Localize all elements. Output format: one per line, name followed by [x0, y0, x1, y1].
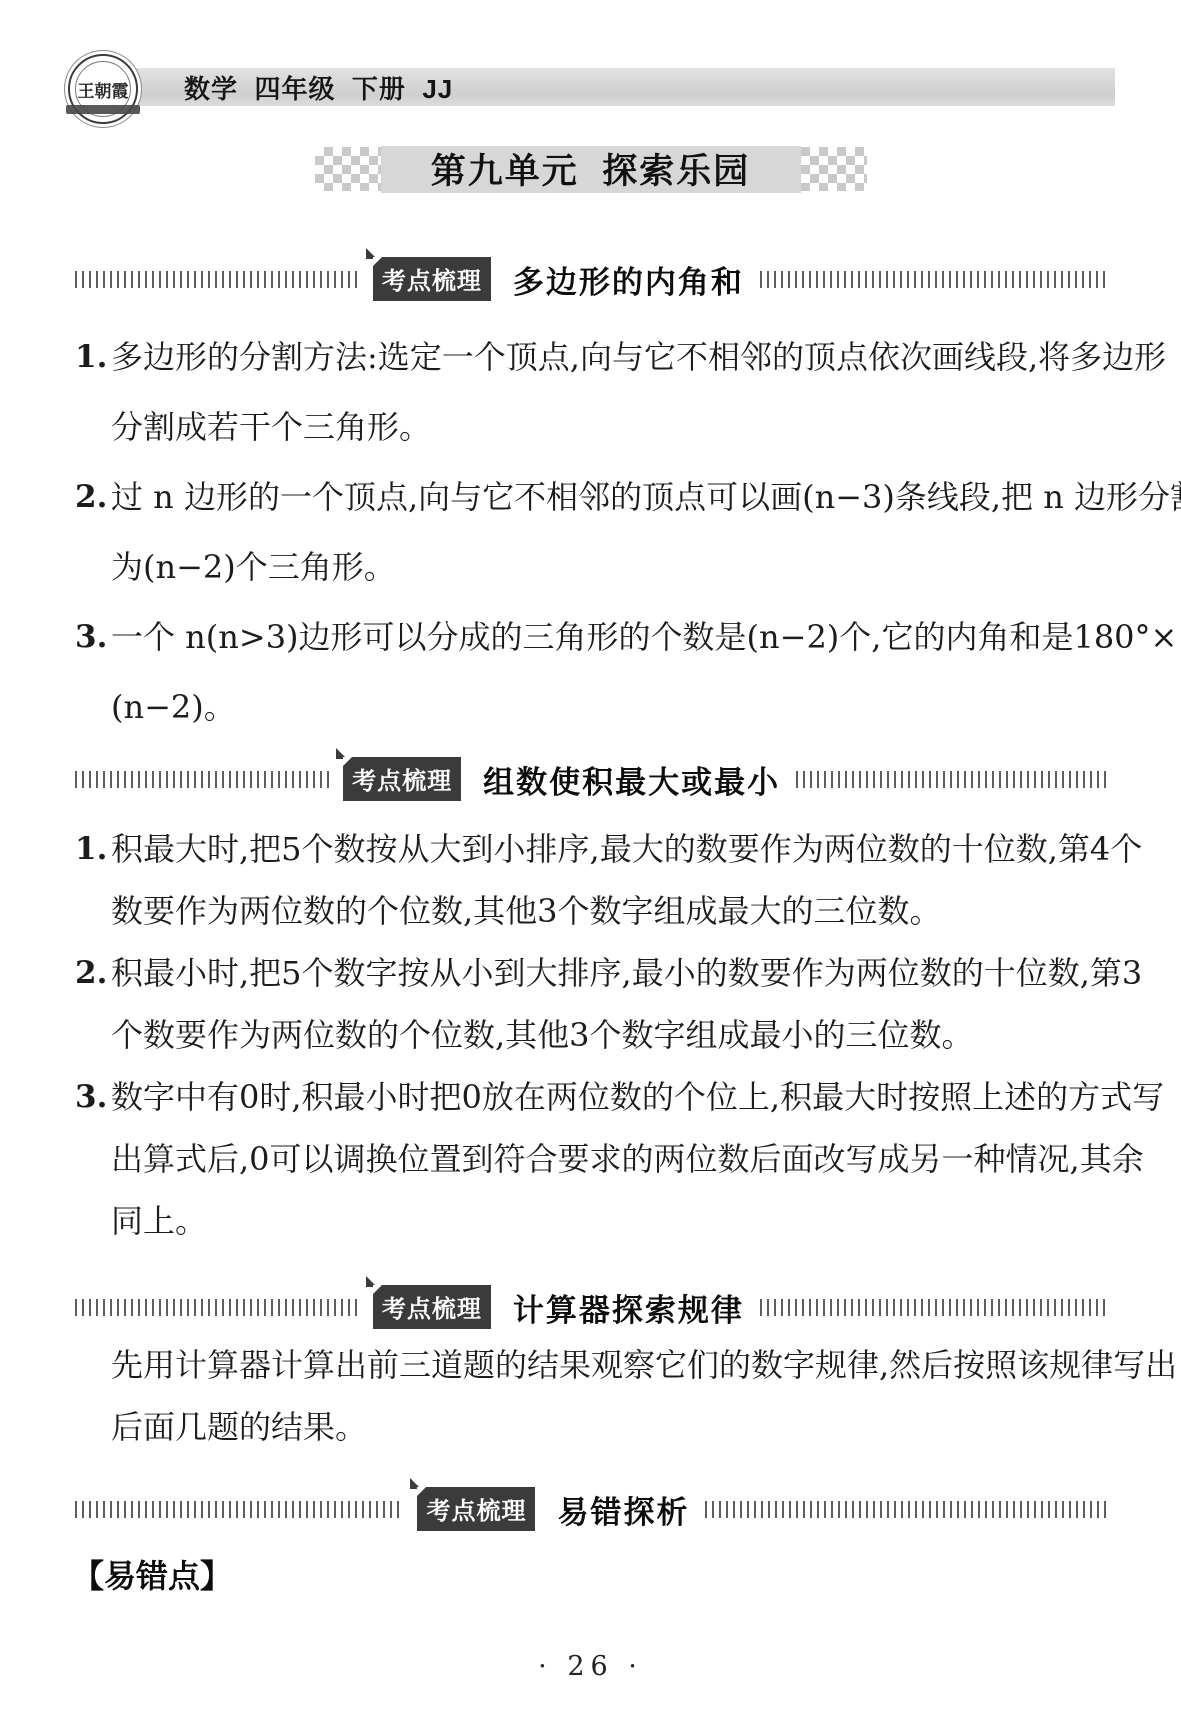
page-header: 数学 四年级 下册 JJ 王朝霞 — [68, 54, 1115, 128]
text-line: 个数要作为两位数的个位数,其他3个数字组成最小的三位数。 — [111, 1004, 1111, 1066]
section-header-3: 考点梳理 计算器探索规律 — [75, 1286, 1106, 1328]
text-line: 后面几题的结果。 — [111, 1396, 1111, 1458]
item-number: 3. — [75, 1066, 111, 1128]
kaodian-badge: 考点梳理 — [343, 757, 461, 801]
logo-text: 王朝霞 — [78, 77, 129, 102]
checker-pattern-left — [315, 147, 381, 191]
item-number: 1. — [75, 322, 111, 392]
text-line: 积最大时,把5个数按从大到小排序,最大的数要作为两位数的十位数,第4个 — [111, 818, 1111, 880]
section-3-body: 先用计算器计算出前三道题的结果观察它们的数字规律,然后按照该规律写出 后面几题的… — [111, 1334, 1111, 1458]
hatch-line-right — [796, 771, 1106, 788]
text-line: 数要作为两位数的个位数,其他3个数字组成最大的三位数。 — [111, 880, 1111, 942]
list-item: 3. 一个 n(n>3)边形可以分成的三角形的个数是(n−2)个,它的内角和是1… — [75, 602, 1111, 742]
section-header-1: 考点梳理 多边形的内角和 — [75, 258, 1106, 300]
list-item: 1. 积最大时,把5个数按从大到小排序,最大的数要作为两位数的十位数,第4个 数… — [75, 818, 1111, 942]
section-title: 易错探析 — [557, 1487, 689, 1532]
section-header-2: 考点梳理 组数使积最大或最小 — [75, 758, 1106, 800]
list-item: 1. 多边形的分割方法:选定一个顶点,向与它不相邻的顶点依次画线段,将多边形 分… — [75, 322, 1111, 462]
text-line: 过 n 边形的一个顶点,向与它不相邻的顶点可以画(n−3)条线段,把 n 边形分… — [111, 462, 1111, 532]
kaodian-badge: 考点梳理 — [373, 257, 491, 301]
item-number: 2. — [75, 942, 111, 1004]
item-number: 2. — [75, 462, 111, 532]
text-line: 一个 n(n>3)边形可以分成的三角形的个数是(n−2)个,它的内角和是180°… — [111, 602, 1111, 672]
text-line: 为(n−2)个三角形。 — [111, 532, 1111, 602]
section-2-body: 1. 积最大时,把5个数按从大到小排序,最大的数要作为两位数的十位数,第4个 数… — [75, 818, 1111, 1252]
publisher-logo-icon: 王朝霞 — [68, 54, 138, 124]
book-info-text: 数学 四年级 下册 JJ — [184, 69, 453, 106]
kaodian-badge: 考点梳理 — [417, 1487, 535, 1531]
unit-title-row: 第九单元 探索乐园 — [0, 144, 1181, 194]
header-bar: 数学 四年级 下册 JJ — [98, 68, 1115, 106]
section-title: 多边形的内角和 — [513, 257, 744, 302]
text-line: 数字中有0时,积最小时把0放在两位数的个位上,积最大时按照上述的方式写 — [111, 1066, 1111, 1128]
list-item: 2. 过 n 边形的一个顶点,向与它不相邻的顶点可以画(n−3)条线段,把 n … — [75, 462, 1111, 602]
section-title: 组数使积最大或最小 — [483, 757, 780, 802]
item-number: 3. — [75, 602, 111, 672]
section-1-body: 1. 多边形的分割方法:选定一个顶点,向与它不相邻的顶点依次画线段,将多边形 分… — [75, 322, 1111, 742]
text-line: 多边形的分割方法:选定一个顶点,向与它不相邻的顶点依次画线段,将多边形 — [111, 322, 1111, 392]
hatch-line-right — [760, 271, 1106, 288]
error-point-label: 【易错点】 — [72, 1552, 1111, 1600]
section-title: 计算器探索规律 — [513, 1285, 744, 1330]
list-item: 3. 数字中有0时,积最小时把0放在两位数的个位上,积最大时按照上述的方式写 出… — [75, 1066, 1111, 1252]
text-line: 分割成若干个三角形。 — [111, 392, 1111, 462]
item-number: 1. — [75, 818, 111, 880]
text-line: 同上。 — [111, 1190, 1111, 1252]
text-line: 先用计算器计算出前三道题的结果观察它们的数字规律,然后按照该规律写出 — [111, 1334, 1111, 1396]
hatch-line-left — [75, 1501, 403, 1518]
hatch-line-left — [75, 271, 359, 288]
section-header-4: 考点梳理 易错探析 — [75, 1488, 1106, 1530]
logo-inner-ring: 王朝霞 — [75, 61, 131, 117]
hatch-line-right — [760, 1299, 1106, 1316]
hatch-line-right — [705, 1501, 1106, 1518]
checker-pattern-right — [801, 147, 867, 191]
hatch-line-left — [75, 771, 329, 788]
page-number: · 26 · — [0, 1651, 1181, 1682]
list-item: 2. 积最小时,把5个数字按从小到大排序,最小的数要作为两位数的十位数,第3 个… — [75, 942, 1111, 1066]
text-line: 积最小时,把5个数字按从小到大排序,最小的数要作为两位数的十位数,第3 — [111, 942, 1111, 1004]
hatch-line-left — [75, 1299, 359, 1316]
unit-title: 第九单元 探索乐园 — [381, 146, 801, 193]
kaodian-badge: 考点梳理 — [373, 1285, 491, 1329]
text-line: 出算式后,0可以调换位置到符合要求的两位数后面改写成另一种情况,其余 — [111, 1128, 1111, 1190]
text-line: (n−2)。 — [111, 672, 1111, 742]
